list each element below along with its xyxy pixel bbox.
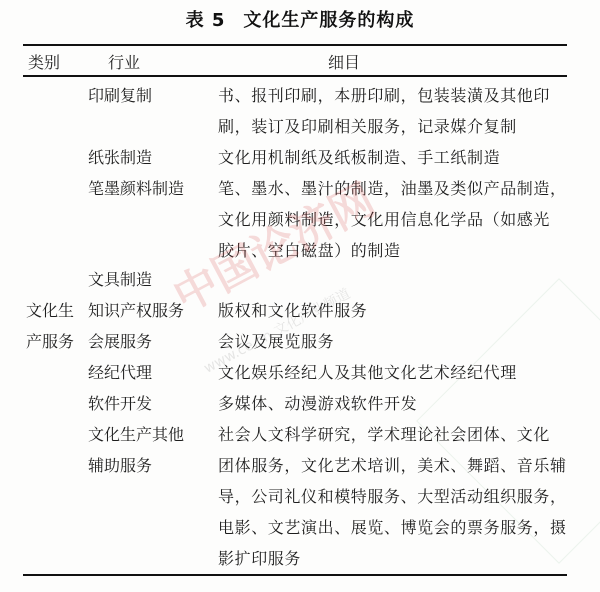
industry-cell: 文化生产其他 辅助服务 [88,419,184,481]
header-detail: 细目 [328,50,360,73]
detail-line: 团体服务，文化艺术培训，美术、舞蹈、音乐辅 [218,450,570,481]
industry-cell: 文具制造 [88,264,152,295]
detail-line: 文化用颜料制造，文化用信息化学品（如感光 [218,204,570,235]
detail-cell: 文化用机制纸及纸板制造、手工纸制造 [218,142,570,173]
industry-cell: 纸张制造 [88,142,152,173]
bottom-rule [23,574,567,576]
detail-cell: 会议及展览服务 [218,326,570,357]
industry-cell: 知识产权服务 [88,295,184,326]
detail-line: 文化娱乐经纪人及其他文化艺术经纪代理 [218,357,570,388]
detail-cell: 笔、墨水、墨汁的制造，油墨及类似产品制造， 文化用颜料制造，文化用信息化学品（如… [218,173,570,266]
header-industry: 行业 [108,50,140,73]
top-rule [23,44,567,46]
industry-cell: 笔墨颜料制造 [88,173,184,204]
detail-line: 文化用机制纸及纸板制造、手工纸制造 [218,142,570,173]
detail-line: 社会人文科学研究，学术理论社会团体、文化 [218,419,570,450]
detail-line: 影扩印服务 [218,543,570,574]
table-title: 表 5文化生产服务的构成 [0,6,600,32]
industry-line: 辅助服务 [88,450,184,481]
table-title-text: 文化生产服务的构成 [243,10,414,31]
category-line: 文化生 [26,295,74,326]
detail-line: 版权和文化软件服务 [218,295,570,326]
header-category: 类别 [28,50,60,73]
detail-cell: 版权和文化软件服务 [218,295,570,326]
detail-line: 导，公司礼仪和模特服务、大型活动组织服务， [218,481,570,512]
detail-line: 笔、墨水、墨汁的制造，油墨及类似产品制造， [218,173,570,204]
header-rule [23,75,567,77]
detail-line: 胶片、空白磁盘）的制造 [218,235,570,266]
industry-cell: 会展服务 [88,326,152,357]
detail-cell: 多媒体、动漫游戏软件开发 [218,388,570,419]
detail-line: 书、报刊印刷，本册印刷，包装装潢及其他印 [218,80,570,111]
industry-line: 文化生产其他 [88,419,184,450]
detail-cell: 文化娱乐经纪人及其他文化艺术经纪代理 [218,357,570,388]
detail-cell: 社会人文科学研究，学术理论社会团体、文化 团体服务，文化艺术培训，美术、舞蹈、音… [218,419,570,574]
category-cell: 文化生 产服务 [26,295,74,357]
industry-cell: 软件开发 [88,388,152,419]
detail-line: 会议及展览服务 [218,326,570,357]
detail-line: 电影、文艺演出、展览、博览会的票务服务，摄 [218,512,570,543]
category-line: 产服务 [26,326,74,357]
detail-line: 多媒体、动漫游戏软件开发 [218,388,570,419]
industry-cell: 经纪代理 [88,357,152,388]
industry-cell: 印刷复制 [88,80,152,111]
table-number: 表 5 [186,10,226,31]
detail-cell: 书、报刊印刷，本册印刷，包装装潢及其他印 刷，装订及印刷相关服务，记录媒介复制 [218,80,570,142]
detail-line: 刷，装订及印刷相关服务，记录媒介复制 [218,111,570,142]
